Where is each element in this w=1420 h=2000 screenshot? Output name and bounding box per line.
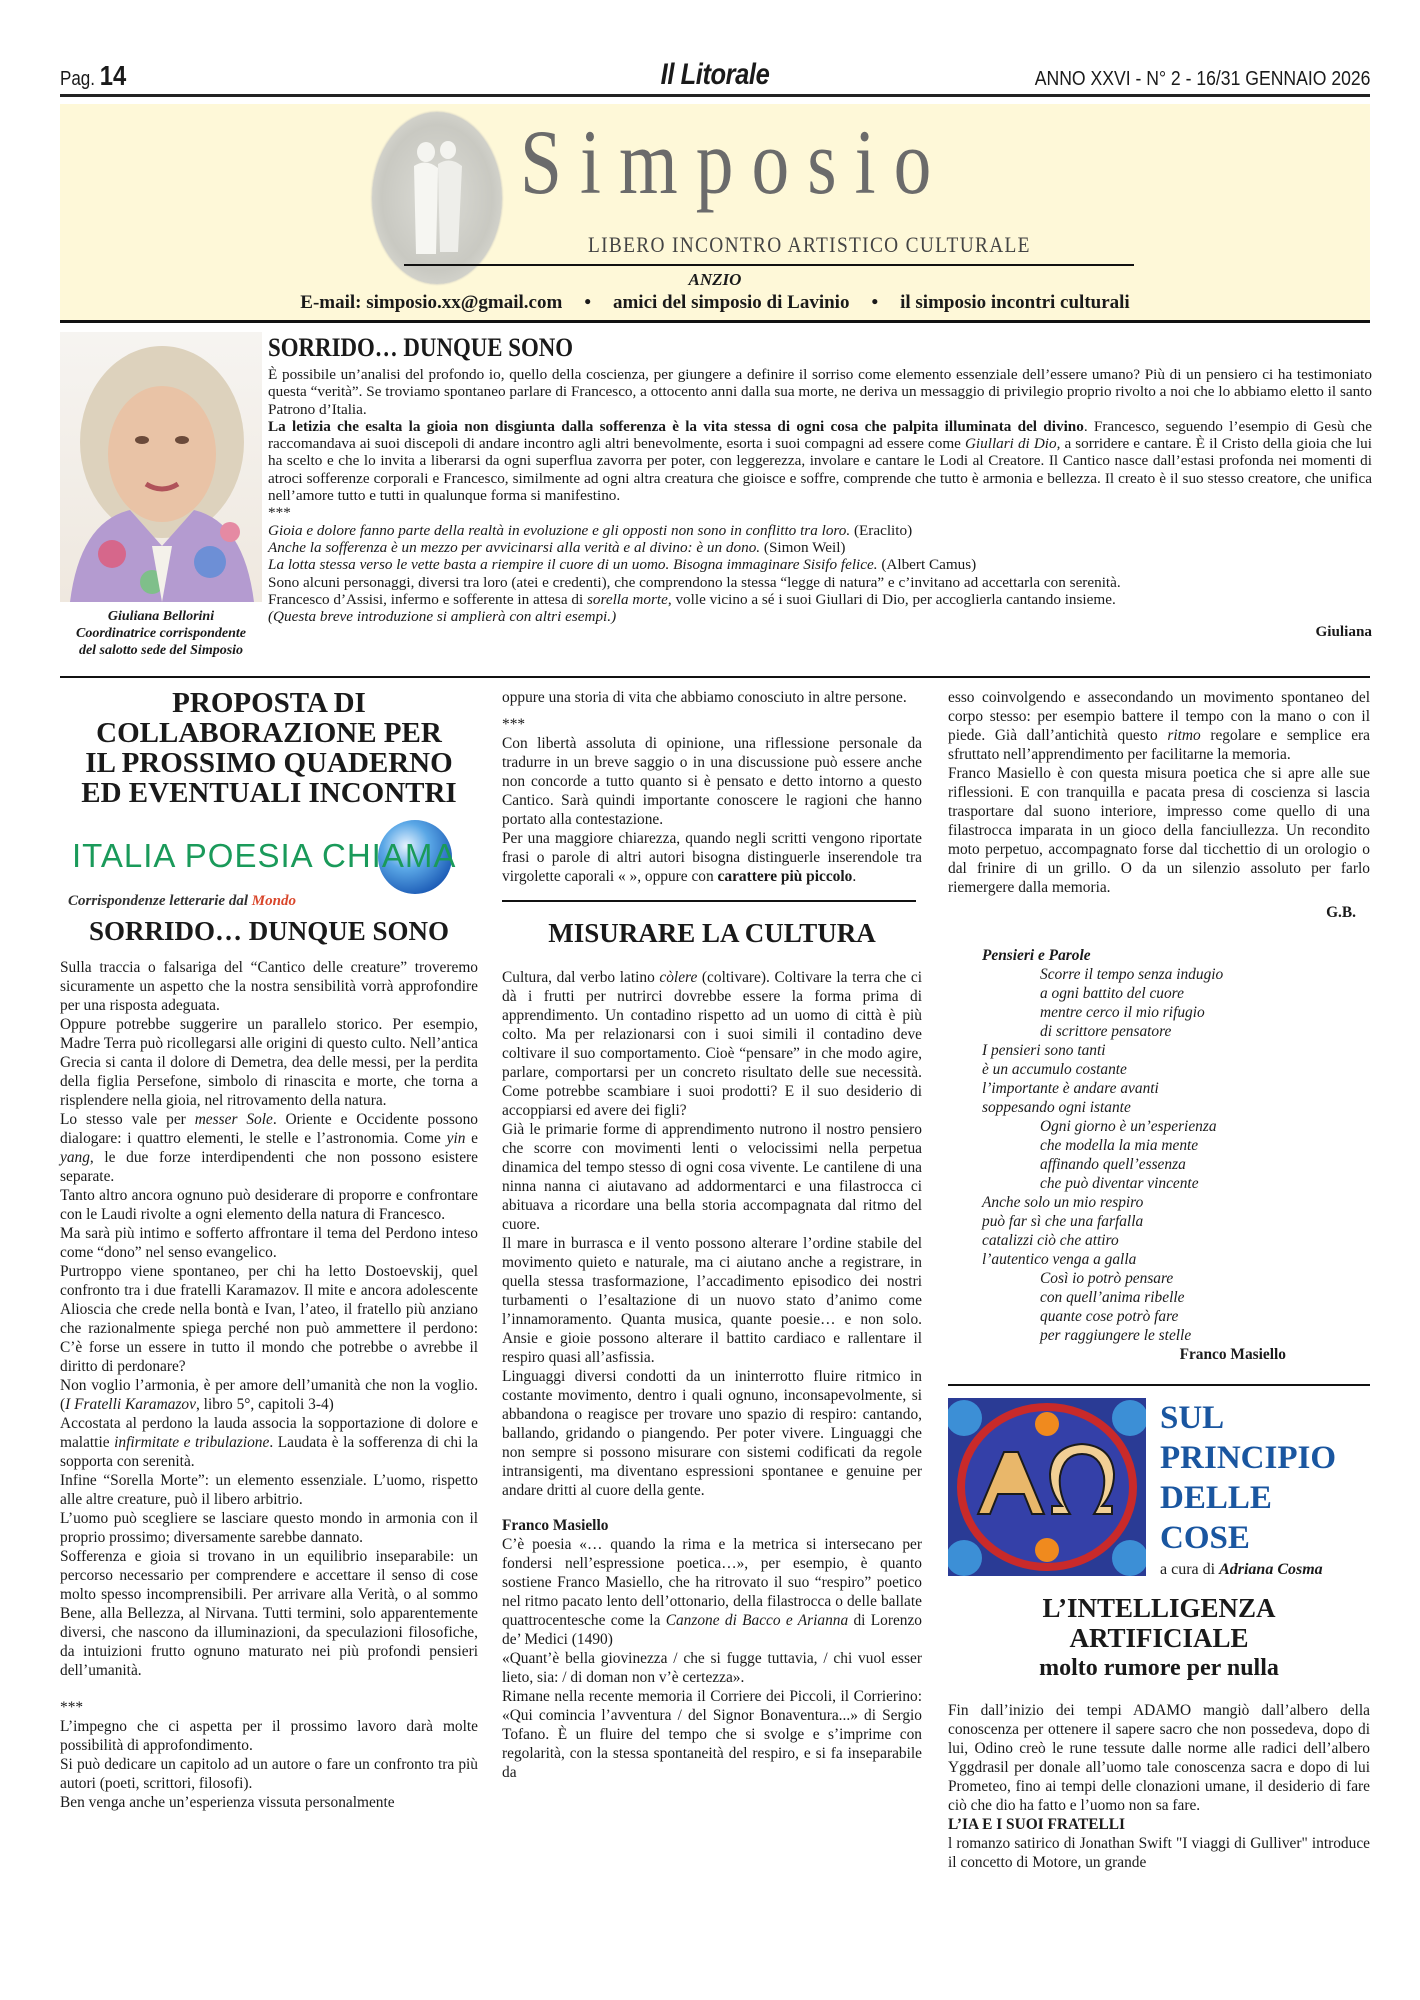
p4-italic: sorella morte xyxy=(587,591,668,608)
rubric-title-line: SUL xyxy=(1160,1398,1336,1438)
italia-poesia-chiama-logo: ITALIA POESIA CHIAMA Corrispondenze lett… xyxy=(60,820,478,910)
column-rule xyxy=(948,1384,1370,1386)
rubric-text: SUL PRINCIPIO DELLE COSE a cura di Adria… xyxy=(1160,1398,1336,1579)
masthead-rule xyxy=(404,264,1134,266)
column-3: esso coinvolgendo e assecondando un movi… xyxy=(948,688,1370,1872)
ai-heading: L’INTELLIGENZA ARTIFICIALE molto rumore … xyxy=(948,1593,1370,1683)
col1-paragraph-armonia: Non voglio l’armonia, è per amore dell’u… xyxy=(60,1376,478,1414)
heading-line: L’INTELLIGENZA xyxy=(948,1593,1370,1623)
poem-title: Pensieri e Parole xyxy=(982,946,1370,965)
quote-weil: Anche la sofferenza è un mezzo per avvic… xyxy=(268,539,1372,556)
email-link[interactable]: E-mail: simposio.xx@gmail.com xyxy=(300,292,562,314)
p5-italic: (Questa breve introduzione si amplierà c… xyxy=(268,608,616,625)
col2-paragraph: Già le primarie forme di apprendimento n… xyxy=(502,1120,922,1234)
proposta-heading: PROPOSTA DI COLLABORAZIONE PER IL PROSSI… xyxy=(60,688,478,808)
col1-paragraph-lauda: Accostata al perdono la lauda associa la… xyxy=(60,1414,478,1471)
masthead-subtitle: LIBERO INCONTRO ARTISTICO CULTURALE xyxy=(588,232,1031,258)
rubric-title-line: PRINCIPIO xyxy=(1160,1438,1336,1478)
poem-line: l’autentico venga a galla xyxy=(982,1250,1370,1269)
col3-paragraph: l romanzo satirico di Jonathan Swift "I … xyxy=(948,1834,1370,1872)
col1-paragraph: Si può dedicare un capitolo ad un autore… xyxy=(60,1755,478,1793)
poem-line: mentre cerco il mio rifugio xyxy=(982,1003,1370,1022)
quote-eraclito: Gioia e dolore fanno parte della realtà … xyxy=(268,522,1372,539)
alpha-omega-stained-glass-icon xyxy=(948,1398,1146,1576)
col1-paragraph: Sofferenza e gioia si trovano in un equi… xyxy=(60,1547,478,1680)
heading-line: IL PROSSIMO QUADERNO xyxy=(60,748,478,778)
quote-text: La lotta stessa verso le vette basta a r… xyxy=(268,556,878,573)
poem-line: che può diventar vincente xyxy=(982,1174,1370,1193)
italic: I Fratelli Karamazov xyxy=(65,1396,196,1413)
col1-subheading: SORRIDO… DUNQUE SONO xyxy=(60,916,478,946)
poem-author: Franco Masiello xyxy=(982,1345,1370,1364)
p2-bold: La letizia che esalta la gioia non disgi… xyxy=(268,418,1084,435)
poem-line: è un accumulo costante xyxy=(982,1060,1370,1079)
italic: infirmitate e tribulazione xyxy=(114,1434,269,1451)
col2-paragraph: Linguaggi diversi condotti da un ininter… xyxy=(502,1367,922,1500)
top-article-stars: *** xyxy=(268,504,1372,521)
poem-line: Ogni giorno è un’esperienza xyxy=(982,1117,1370,1136)
curator-name: Adriana Cosma xyxy=(1219,1561,1323,1578)
p2-italic: Giullari di Dio xyxy=(965,435,1057,452)
col2-paragraph-cultura: Cultura, dal verbo latino còlere (coltiv… xyxy=(502,968,922,1120)
col2-paragraph: «Quant’è bella giovinezza / che si fugge… xyxy=(502,1649,922,1687)
logo-tagline: Corrispondenze letterarie dal Mondo xyxy=(68,892,296,911)
signature-gb: G.B. xyxy=(948,903,1370,922)
col2-paragraph: oppure una storia di vita che abbiamo co… xyxy=(502,688,922,707)
poem-line: di scrittore pensatore xyxy=(982,1022,1370,1041)
group-incontri: il simposio incontri culturali xyxy=(900,292,1130,314)
poem-line: quante cose potrò fare xyxy=(982,1307,1370,1326)
heading-line: PROPOSTA DI xyxy=(60,688,478,718)
rubric-sul-principio: SUL PRINCIPIO DELLE COSE a cura di Adria… xyxy=(948,1398,1370,1579)
top-article-p3: Sono alcuni personaggi, diversi tra loro… xyxy=(268,574,1372,591)
simposio-masthead: Simposio LIBERO INCONTRO ARTISTICO CULTU… xyxy=(60,104,1370,323)
separator-dot: • xyxy=(584,292,591,314)
col1-paragraph: Purtroppo viene spontaneo, per chi ha le… xyxy=(60,1262,478,1376)
quote-author: (Simon Weil) xyxy=(760,539,845,556)
rubric-curator: a cura di Adriana Cosma xyxy=(1160,1560,1336,1579)
caption-role-2: del salotto sede del Simposio xyxy=(50,642,272,659)
top-article-p2: La letizia che esalta la gioia non disgi… xyxy=(268,418,1372,504)
column-1: PROPOSTA DI COLLABORAZIONE PER IL PROSSI… xyxy=(60,688,478,1812)
italic: yin xyxy=(447,1130,466,1147)
poem-line: con quell’anima ribelle xyxy=(982,1288,1370,1307)
quote-text: Gioia e dolore fanno parte della realtà … xyxy=(268,522,850,539)
portrait-photo xyxy=(60,332,262,602)
tagline-accent: Mondo xyxy=(252,893,296,909)
top-article-p4: Francesco d’Assisi, infermo e sofferente… xyxy=(268,591,1372,608)
poem-line: per raggiungere le stelle xyxy=(982,1326,1370,1345)
quote-author: (Albert Camus) xyxy=(878,556,977,573)
page-label: Pag. xyxy=(60,68,95,90)
col3-paragraph: Franco Masiello è con questa misura poet… xyxy=(948,764,1370,897)
heading-line: ED EVENTUALI INCONTRI xyxy=(60,778,478,808)
col3-paragraph-esso: esso coinvolgendo e assecondando un movi… xyxy=(948,688,1370,764)
text: a cura di xyxy=(1160,1561,1219,1578)
italic: còlere xyxy=(659,969,697,986)
text: , le due forze interdipendenti che non p… xyxy=(60,1149,478,1185)
italic: Canzone di Bacco e Arianna xyxy=(666,1612,848,1629)
col1-paragraph: Tanto altro ancora ognuno può desiderare… xyxy=(60,1186,478,1224)
caption-role: Coordinatrice corrispondente xyxy=(50,625,272,642)
col3-paragraph: Fin dall’inizio dei tempi ADAMO mangiò d… xyxy=(948,1701,1370,1815)
col1-paragraph: L’uomo può scegliere se lasciare questo … xyxy=(60,1509,478,1547)
top-article-signature: Giuliana xyxy=(268,623,1372,640)
masthead-location: ANZIO xyxy=(60,270,1370,290)
col2-paragraph: Il mare in burrasca e il vento possono a… xyxy=(502,1234,922,1367)
p4-start: Francesco d’Assisi, infermo e sofferente… xyxy=(268,591,587,608)
caption-name: Giuliana Bellorini xyxy=(50,608,272,625)
poem-line: I pensieri sono tanti xyxy=(982,1041,1370,1060)
poem-line: affinando quell’essenza xyxy=(982,1155,1370,1174)
poem-line: Anche solo un mio respiro xyxy=(982,1193,1370,1212)
column-2: oppure una storia di vita che abbiamo co… xyxy=(502,688,922,1782)
quote-author: (Eraclito) xyxy=(850,522,912,539)
col2-paragraph-chiarezza: Per una maggiore chiarezza, quando negli… xyxy=(502,829,922,886)
col2-paragraph: Con libertà assoluta di opinione, una ri… xyxy=(502,734,922,829)
col1-paragraph: Ben venga anche un’esperienza vissuta pe… xyxy=(60,1793,478,1812)
col1-paragraph-sole: Lo stesso vale per messer Sole. Oriente … xyxy=(60,1110,478,1186)
poem-pensieri-e-parole: Pensieri e Parole Scorre il tempo senza … xyxy=(982,946,1370,1364)
col2-paragraph: Rimane nella recente memoria il Corriere… xyxy=(502,1687,922,1782)
col1-paragraph: Sulla traccia o falsariga del “Cantico d… xyxy=(60,958,478,1015)
quote-camus: La lotta stessa verso le vette basta a r… xyxy=(268,556,1372,573)
heading-line: COLLABORAZIONE PER xyxy=(60,718,478,748)
text: Lo stesso vale per xyxy=(60,1111,195,1128)
column-rule xyxy=(502,900,916,902)
logo-text: ITALIA POESIA CHIAMA xyxy=(72,846,456,865)
masthead-title: Simposio xyxy=(520,116,949,208)
heading-line: ARTIFICIALE xyxy=(948,1623,1370,1653)
ai-subheading: molto rumore per nulla xyxy=(948,1653,1370,1683)
text: e xyxy=(465,1130,478,1147)
page-number: Pag. 14 xyxy=(60,60,126,92)
poem-line: può far sì che una farfalla xyxy=(982,1212,1370,1231)
masthead-contacts: E-mail: simposio.xx@gmail.com • amici de… xyxy=(60,292,1370,314)
portrait-image-icon xyxy=(60,332,262,602)
page-number-value: 14 xyxy=(100,60,126,91)
italic: messer Sole xyxy=(195,1111,273,1128)
poem-line: che modella la mia mente xyxy=(982,1136,1370,1155)
poem-line: Così io potrò pensare xyxy=(982,1269,1370,1288)
issue-info: ANNO XXVI - N° 2 - 16/31 GENNAIO 2026 xyxy=(1034,68,1370,91)
text: , libro 5°, capitoli 3-4) xyxy=(196,1396,334,1413)
bold: carattere più piccolo xyxy=(718,868,853,885)
poem-line: catalizzi ciò che attiro xyxy=(982,1231,1370,1250)
portrait-caption: Giuliana Bellorini Coordinatrice corrisp… xyxy=(50,608,272,659)
text: . xyxy=(852,868,856,885)
ia-subheading: L’IA E I SUOI FRATELLI xyxy=(948,1815,1370,1834)
col1-paragraph: Oppure potrebbe suggerire un parallelo s… xyxy=(60,1015,478,1110)
rubric-title-line: COSE xyxy=(1160,1518,1336,1558)
misurare-heading: MISURARE LA CULTURA xyxy=(502,918,922,948)
text: Cultura, dal verbo latino xyxy=(502,969,659,986)
author-heading: Franco Masiello xyxy=(502,1516,922,1535)
tagline-text: Corrispondenze letterarie dal xyxy=(68,893,252,909)
col2-paragraph-poesia: C’è poesia «… quando la rima e la metric… xyxy=(502,1535,922,1649)
rubric-title-line: DELLE xyxy=(1160,1478,1336,1518)
page-folio: Pag. 14 Il Litorale ANNO XXVI - N° 2 - 1… xyxy=(60,62,1370,97)
poem-line: Scorre il tempo senza indugio xyxy=(982,965,1370,984)
medallion-logo-icon xyxy=(372,112,502,284)
stars-separator: *** xyxy=(60,1698,478,1717)
top-article-p1: È possibile un’analisi del profondo io, … xyxy=(268,366,1372,418)
separator-dot: • xyxy=(871,292,878,314)
top-article: SORRIDO… DUNQUE SONO È possibile un’anal… xyxy=(268,334,1372,641)
poem-line: a ogni battito del cuore xyxy=(982,984,1370,1003)
quote-text: Anche la sofferenza è un mezzo per avvic… xyxy=(268,539,760,556)
top-article-title: SORRIDO… DUNQUE SONO xyxy=(268,334,1240,362)
col1-paragraph: Infine “Sorella Morte”: un elemento esse… xyxy=(60,1471,478,1509)
poem-line: l’importante è andare avanti xyxy=(982,1079,1370,1098)
group-lavinio: amici del simposio di Lavinio xyxy=(613,292,849,314)
p4-end: , volle vicino a sé i suoi Giullari di D… xyxy=(668,591,1116,608)
section-divider xyxy=(60,676,1370,678)
italic: ritmo xyxy=(1167,727,1200,744)
poem-line: soppesando ogni istante xyxy=(982,1098,1370,1117)
col1-paragraph: L’impegno che ci aspetta per il prossimo… xyxy=(60,1717,478,1755)
text: Per una maggiore chiarezza, quando negli… xyxy=(502,830,922,885)
col1-paragraph: Ma sarà più intimo e sofferto affrontare… xyxy=(60,1224,478,1262)
stars-separator: *** xyxy=(502,715,922,734)
text: (coltivare). Coltivare la terra che ci d… xyxy=(502,969,922,1119)
italic: yang xyxy=(60,1149,90,1166)
